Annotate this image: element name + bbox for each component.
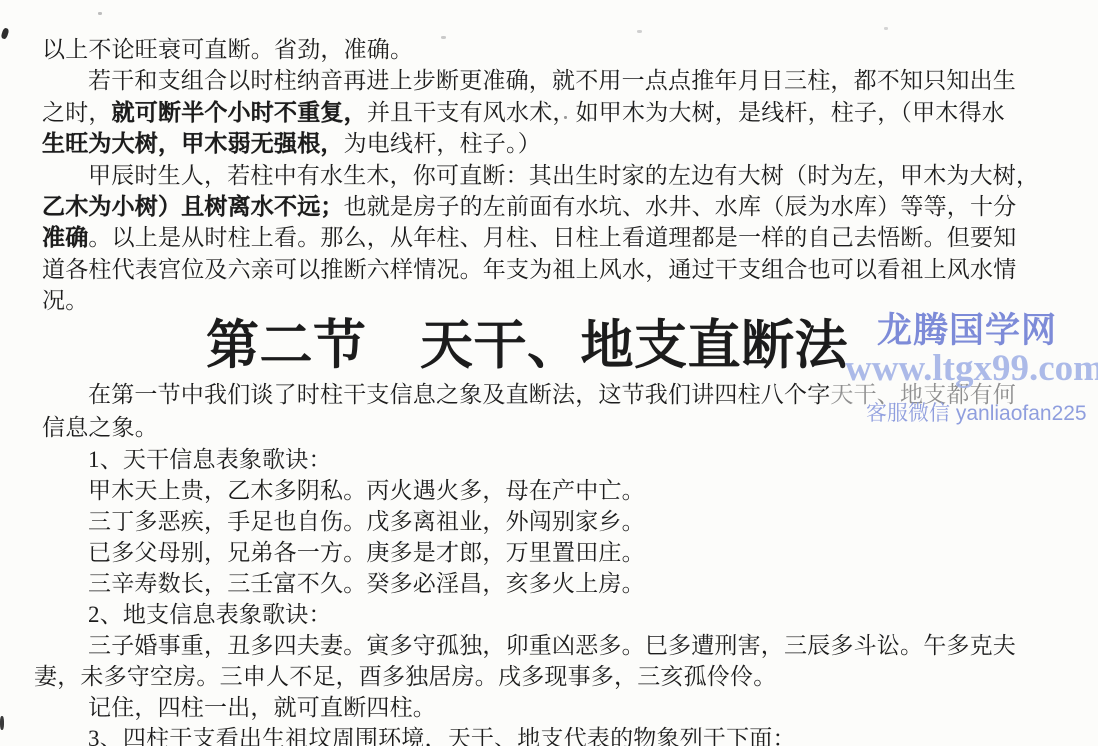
text-segment: 生旺为大树，甲木弱无强根， bbox=[42, 131, 344, 156]
text-segment: 道各柱代表宫位及六亲可以推断六样情况。年支为祖上风水，通过干支组合也可以看祖上风… bbox=[42, 257, 1016, 282]
scan-speck bbox=[0, 716, 4, 730]
text-segment: 信息之象。 bbox=[42, 415, 158, 440]
text-segment: 在第一节中我们谈了时柱干支信息之象及直断法，这节我们讲四柱八个字 bbox=[88, 382, 830, 407]
text-line: 道各柱代表宫位及六亲可以推断六样情况。年支为祖上风水，通过干支组合也可以看祖上风… bbox=[42, 254, 1078, 285]
text-line: 三子婚事重，丑多四夫妻。寅多守孤独，卯重凶恶多。巳多遭刑害，三辰多斗讼。午多克夫 bbox=[42, 630, 1078, 661]
scan-speck bbox=[564, 116, 567, 119]
text-line: 信息之象。 bbox=[42, 411, 1078, 444]
text-segment: 甲辰时生人，若柱中有水生木，你可直断：其出生时家的左边有大树（时为左，甲木为大树… bbox=[88, 163, 1039, 188]
scan-speck bbox=[637, 30, 642, 33]
text-segment: 为电线杆，柱子。） bbox=[344, 131, 541, 156]
intro-paragraph: 以上不论旺衰可直断。省劲，准确。若干和支组合以时柱纳音再进上步断更准确，就不用一… bbox=[42, 34, 1078, 317]
text-line: 甲木天上贵，乙木多阴私。丙火遇火多，母在产中亡。 bbox=[42, 475, 1078, 506]
text-line: 2、地支信息表象歌诀： bbox=[42, 599, 1078, 630]
text-line: 生旺为大树，甲木弱无强根，为电线杆，柱子。） bbox=[42, 128, 1078, 159]
text-line: 记住，四柱一出，就可直断四柱。 bbox=[42, 692, 1078, 723]
text-segment: 并且干支有风水术，如甲木为大树，是线杆，柱子，（甲木得水 bbox=[367, 100, 1005, 125]
text-segment: 三辛寿数长，三壬富不久。癸多必淫昌，亥多火上房。 bbox=[88, 571, 645, 596]
text-segment: 若干和支组合以时柱纳音再进上步断更准确，就不用一点点推年月日三柱，都不知只知出生 bbox=[88, 68, 1016, 93]
text-segment: 况。 bbox=[42, 288, 88, 313]
text-segment: 记住，四柱一出，就可直断四柱。 bbox=[88, 695, 436, 720]
text-segment: 之时， bbox=[42, 100, 112, 125]
text-line: 乙木为小树）且树离水不远；也就是房子的左前面有水坑、水井、水库（辰为水库）等等，… bbox=[42, 191, 1078, 222]
text-segment: 三子婚事重，丑多四夫妻。寅多守孤独，卯重凶恶多。巳多遭刑害，三辰多斗讼。午多克夫 bbox=[88, 633, 1016, 658]
text-segment: 乙木为小树）且树离水不远； bbox=[42, 194, 344, 219]
text-line: 之时，就可断半个小时不重复，并且干支有风水术，如甲木为大树，是线杆，柱子，（甲木… bbox=[42, 97, 1078, 128]
text-segment: 以上不论旺衰可直断。省劲，准确。 bbox=[42, 37, 413, 62]
scanned-page: 以上不论旺衰可直断。省劲，准确。若干和支组合以时柱纳音再进上步断更准确，就不用一… bbox=[0, 0, 1098, 746]
scan-speck bbox=[98, 12, 102, 15]
text-line: 已多父母别，兄弟各一方。庚多是才郎，万里置田庄。 bbox=[42, 537, 1078, 568]
text-line: 以上不论旺衰可直断。省劲，准确。 bbox=[42, 34, 1078, 65]
scan-speck bbox=[441, 36, 446, 39]
text-segment: 2、地支信息表象歌诀： bbox=[88, 602, 332, 627]
scan-speck bbox=[884, 27, 888, 30]
text-line: 准确。以上是从时柱上看。那么，从年柱、月柱、日柱上看道理都是一样的自己去悟断。但… bbox=[42, 222, 1078, 253]
text-segment: 1、天干信息表象歌诀： bbox=[88, 447, 332, 472]
text-segment: 妻，未多守空房。三申人不足，酉多独居房。戌多现事多，三亥孤伶伶。 bbox=[34, 664, 776, 689]
text-line: 1、天干信息表象歌诀： bbox=[42, 444, 1078, 475]
section-heading: 第二节 天干、地支直断法 bbox=[42, 318, 1012, 374]
text-segment: 3、四柱干支看出生祖坟周围环境，天干、地支代表的物象列于下面： bbox=[88, 726, 796, 746]
text-line: 若干和支组合以时柱纳音再进上步断更准确，就不用一点点推年月日三柱，都不知只知出生 bbox=[42, 65, 1078, 96]
text-segment: 天干、地支都有何 bbox=[830, 382, 1016, 407]
text-segment: 就可断半个小时不重复， bbox=[112, 100, 367, 125]
scan-speck bbox=[0, 27, 9, 39]
text-segment: 已多父母别，兄弟各一方。庚多是才郎，万里置田庄。 bbox=[88, 540, 645, 565]
text-line: 妻，未多守空房。三申人不足，酉多独居房。戌多现事多，三亥孤伶伶。 bbox=[34, 661, 1078, 692]
text-line: 三丁多恶疾，手足也自伤。戊多离祖业，外闯别家乡。 bbox=[42, 506, 1078, 537]
text-line: 甲辰时生人，若柱中有水生木，你可直断：其出生时家的左边有大树（时为左，甲木为大树… bbox=[42, 160, 1078, 191]
text-line: 3、四柱干支看出生祖坟周围环境，天干、地支代表的物象列于下面： bbox=[42, 723, 1078, 746]
text-segment: 甲木天上贵，乙木多阴私。丙火遇火多，母在产中亡。 bbox=[88, 478, 645, 503]
page-content: 以上不论旺衰可直断。省劲，准确。若干和支组合以时柱纳音再进上步断更准确，就不用一… bbox=[42, 34, 1078, 746]
text-segment: 三丁多恶疾，手足也自伤。戊多离祖业，外闯别家乡。 bbox=[88, 509, 645, 534]
text-line: 在第一节中我们谈了时柱干支信息之象及直断法，这节我们讲四柱八个字天干、地支都有何 bbox=[42, 378, 1078, 411]
text-line: 三辛寿数长，三壬富不久。癸多必淫昌，亥多火上房。 bbox=[42, 568, 1078, 599]
text-segment: 也就是房子的左前面有水坑、水井、水库（辰为水库）等等，十分 bbox=[344, 194, 1017, 219]
text-segment: 。以上是从时柱上看。那么，从年柱、月柱、日柱上看道理都是一样的自己去悟断。但要知 bbox=[88, 225, 1016, 250]
verse-list: 1、天干信息表象歌诀：甲木天上贵，乙木多阴私。丙火遇火多，母在产中亡。三丁多恶疾… bbox=[42, 444, 1078, 746]
section-lead-paragraph: 在第一节中我们谈了时柱干支信息之象及直断法，这节我们讲四柱八个字天干、地支都有何… bbox=[42, 378, 1078, 444]
text-segment: 准确 bbox=[42, 225, 88, 250]
text-line: 况。 bbox=[42, 285, 1078, 316]
